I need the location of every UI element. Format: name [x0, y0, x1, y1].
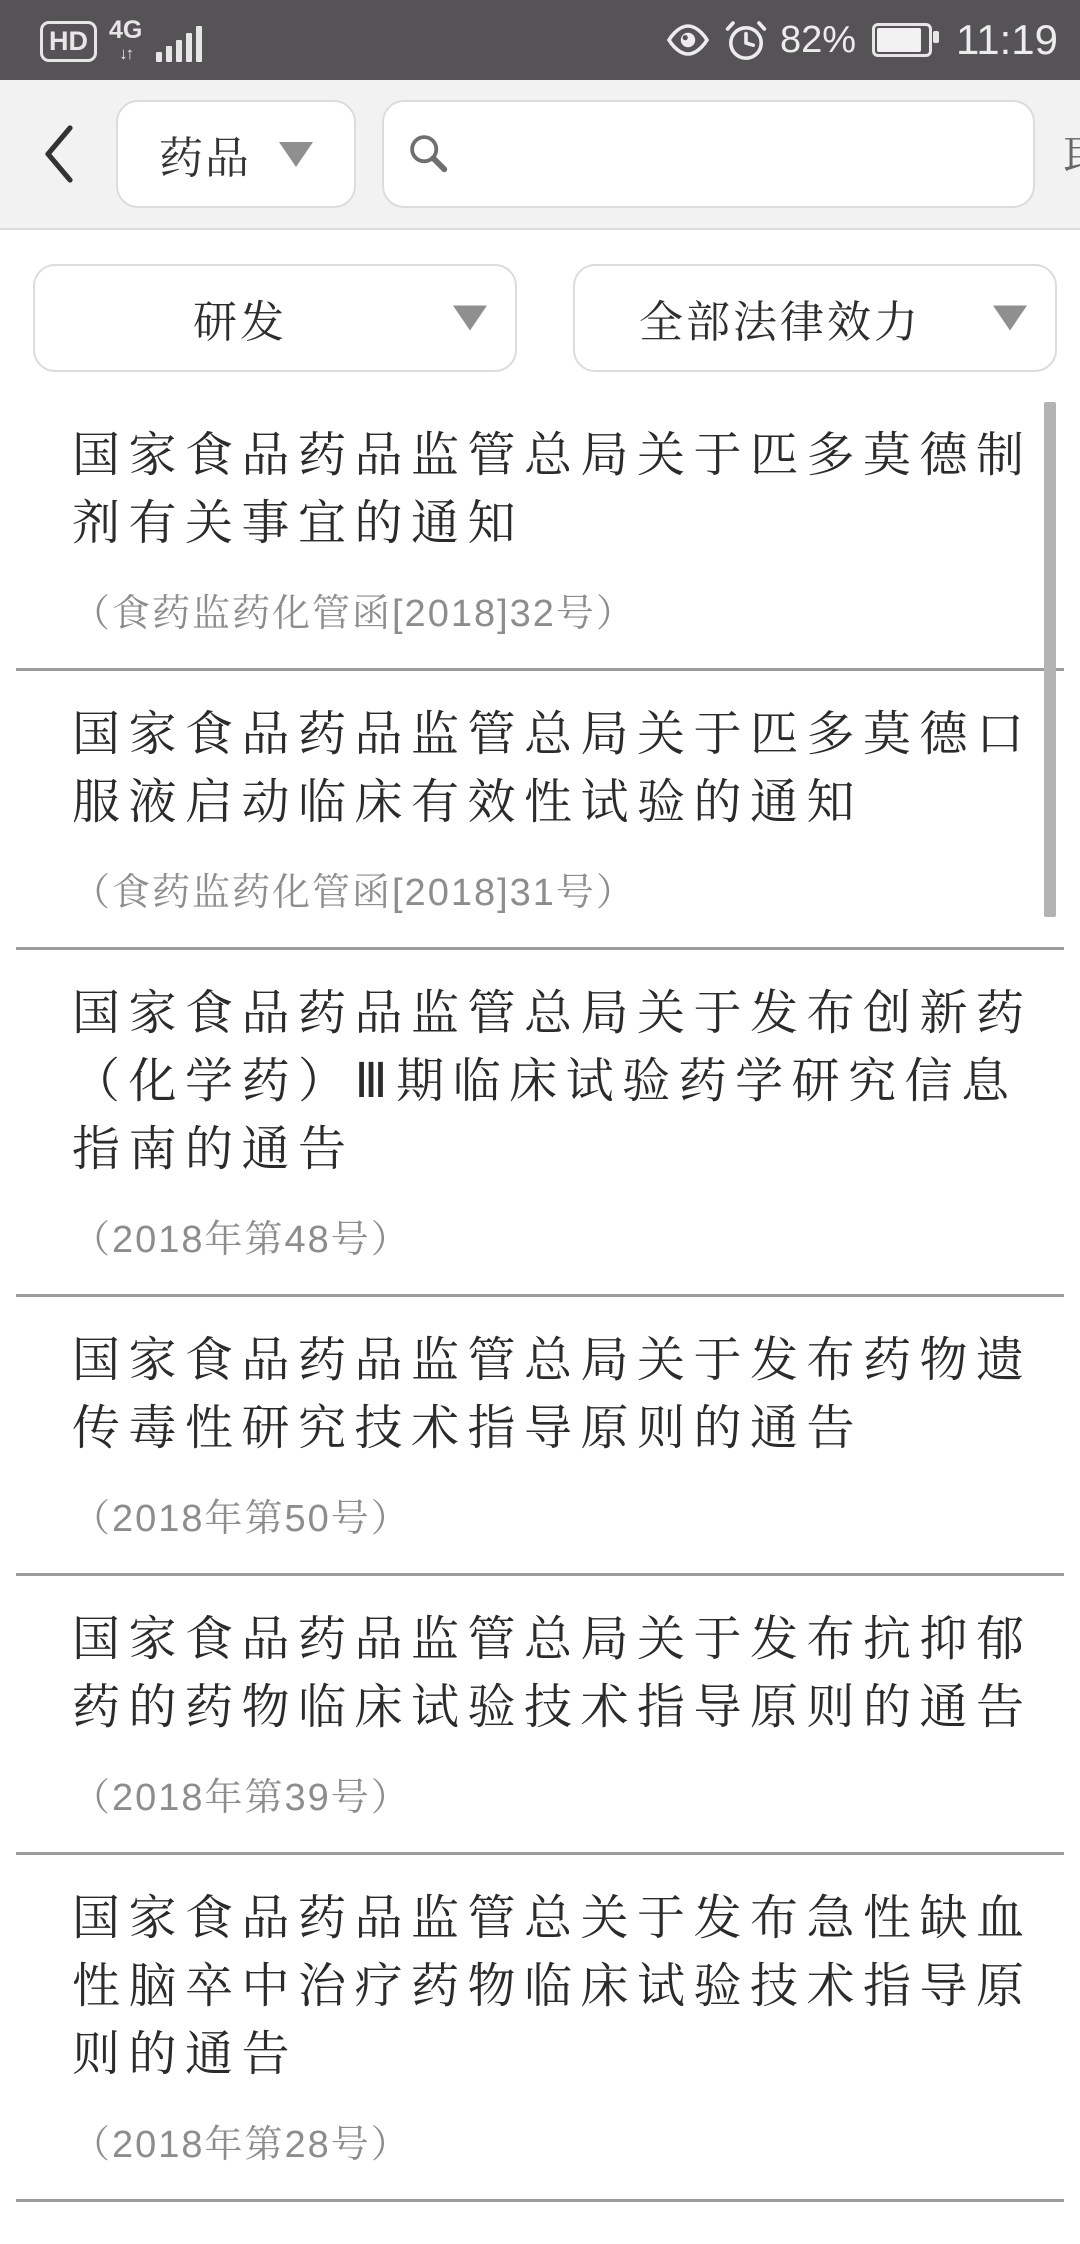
- result-title: 国家食品药品监管总局关于发布创新药（化学药）Ⅲ期临床试验药学研究信息指南的通告: [72, 980, 1044, 1184]
- network-label: 4G: [109, 18, 142, 43]
- scrollbar-thumb[interactable]: [1044, 402, 1056, 917]
- result-doc-number: （食药监药化管函[2018]32号）: [72, 588, 1044, 640]
- back-button[interactable]: [30, 114, 90, 194]
- filter-legal-effect-label: 全部法律效力: [639, 286, 921, 350]
- battery-icon: [872, 23, 932, 57]
- search-box[interactable]: [382, 100, 1035, 208]
- result-list-item[interactable]: 国家食品药品监管总局关于发布创新药（化学药）Ⅲ期临床试验药学研究信息指南的通告 …: [0, 950, 1080, 1294]
- result-list-item[interactable]: 国家食品药品监管总局关于发布抗抑郁药的药物临床试验技术指导原则的通告 （2018…: [0, 1576, 1080, 1852]
- chevron-left-icon: [36, 122, 84, 186]
- search-icon: [406, 131, 452, 177]
- result-title: 国家食品药品监管总局关于匹多莫德制剂有关事宜的通知: [72, 422, 1044, 558]
- results-list: 国家食品药品监管总局关于匹多莫德制剂有关事宜的通知 （食药监药化管函[2018]…: [0, 392, 1080, 2202]
- eye-comfort-icon: [664, 22, 712, 58]
- list-divider: [16, 2199, 1064, 2202]
- result-title: 国家食品药品监管总局关于匹多莫德口服液启动临床有效性试验的通知: [72, 701, 1044, 837]
- filter-dropdown-legal-effect[interactable]: 全部法律效力: [573, 264, 1057, 372]
- result-title: 国家食品药品监管总局关于发布药物遗传毒性研究技术指导原则的通告: [72, 1327, 1044, 1463]
- chevron-down-icon: [993, 306, 1027, 331]
- hd-icon: HD: [40, 21, 97, 62]
- result-list-item[interactable]: 国家食品药品监管总关于发布急性缺血性脑卒中治疗药物临床试验技术指导原则的通告 （…: [0, 1855, 1080, 2199]
- filter-category-label: 研发: [193, 286, 287, 350]
- result-title: 国家食品药品监管总关于发布急性缺血性脑卒中治疗药物临床试验技术指导原则的通告: [72, 1885, 1044, 2089]
- alarm-clock-icon: [724, 16, 768, 64]
- filter-row: 研发 全部法律效力: [0, 230, 1080, 392]
- network-activity-arrows-icon: ↓↑: [119, 45, 132, 62]
- battery-percent: 82%: [780, 19, 856, 62]
- result-list-item[interactable]: 国家食品药品监管总局关于匹多莫德口服液启动临床有效性试验的通知 （食药监药化管函…: [0, 671, 1080, 947]
- search-header: 药品 取消: [0, 80, 1080, 230]
- result-doc-number: （2018年第39号）: [72, 1772, 1044, 1824]
- signal-bars-icon: [156, 26, 202, 62]
- result-doc-number: （2018年第28号）: [72, 2119, 1044, 2171]
- result-title: 国家食品药品监管总局关于发布抗抑郁药的药物临床试验技术指导原则的通告: [72, 1606, 1044, 1742]
- status-bar-right: 82% 11:19: [664, 16, 1058, 64]
- app-screen: HD 4G ↓↑ 82%: [0, 0, 1080, 2244]
- chevron-down-icon: [279, 142, 313, 167]
- cancel-button[interactable]: 取消: [1061, 120, 1080, 188]
- status-bar-time: 11:19: [956, 16, 1058, 64]
- search-input[interactable]: [466, 129, 1011, 179]
- filter-dropdown-category[interactable]: 研发: [33, 264, 517, 372]
- chevron-down-icon: [453, 306, 487, 331]
- network-type-indicator: 4G ↓↑: [109, 18, 142, 62]
- result-list-item[interactable]: 国家食品药品监管总局关于发布药物遗传毒性研究技术指导原则的通告 （2018年第5…: [0, 1297, 1080, 1573]
- status-bar-left: HD 4G ↓↑: [40, 18, 202, 62]
- result-doc-number: （2018年第50号）: [72, 1493, 1044, 1545]
- result-list-item[interactable]: 国家食品药品监管总局关于匹多莫德制剂有关事宜的通知 （食药监药化管函[2018]…: [0, 392, 1080, 668]
- search-category-label: 药品: [159, 122, 251, 186]
- status-bar: HD 4G ↓↑ 82%: [0, 0, 1080, 80]
- search-category-dropdown[interactable]: 药品: [116, 100, 356, 208]
- result-doc-number: （食药监药化管函[2018]31号）: [72, 867, 1044, 919]
- result-doc-number: （2018年第48号）: [72, 1214, 1044, 1266]
